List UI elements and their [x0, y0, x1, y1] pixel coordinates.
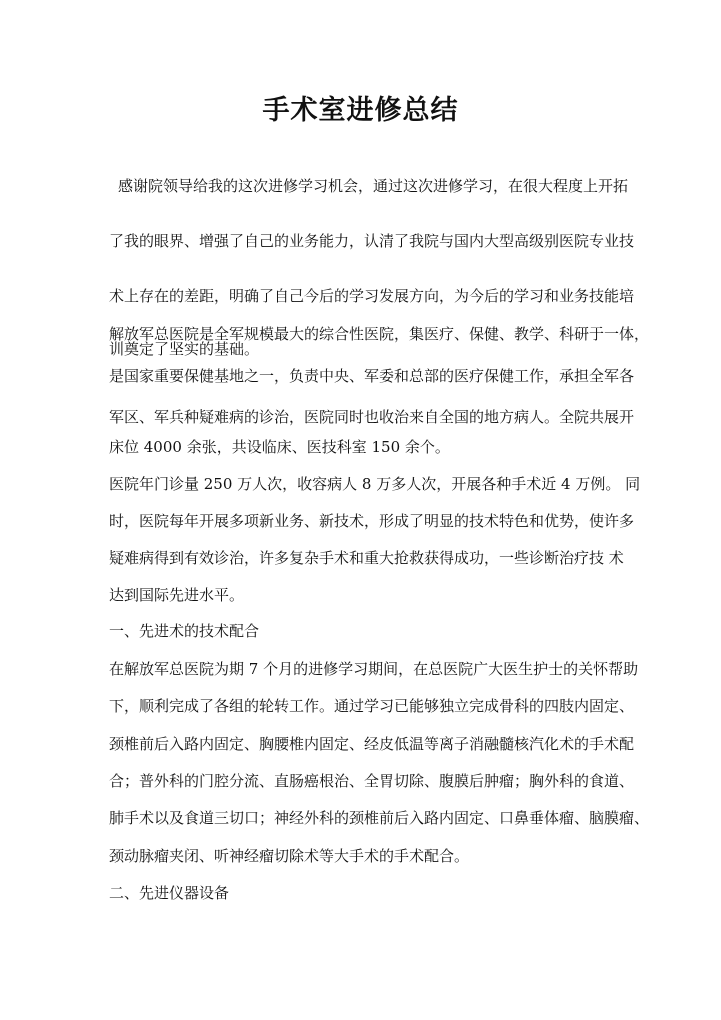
section-heading-2: 二、先进仪器设备 [109, 883, 615, 903]
document-title: 手术室进修总结 [0, 88, 721, 127]
paragraph-line: 时，医院每年开展多项新业务、新技术，形成了明显的技术特色和优势，使许多 [109, 511, 615, 531]
paragraph-line: 肺手术以及食道三切口；神经外科的颈椎前后入路内固定、口鼻垂体瘤、脑膜瘤、 [109, 808, 615, 828]
paragraph-line: 术上存在的差距，明确了自己今后的学习发展方向，为今后的学习和业务技能培 [109, 286, 615, 306]
paragraph-line: 床位 4000 余张，共设临床、医技科室 150 余个。 [109, 437, 615, 457]
paragraph-line: 感谢院领导给我的这次进修学习机会，通过这次进修学习，在很大程度上开拓 [118, 176, 615, 196]
paragraph-line: 在解放军总医院为期 7 个月的进修学习期间，在总医院广大医生护士的关怀帮助 [109, 659, 615, 679]
paragraph-line: 解放军总医院是全军规模最大的综合性医院，集医疗、保健、教学、科研于一体， [109, 324, 615, 344]
paragraph-line: 了我的眼界、增强了自己的业务能力，认清了我院与国内大型高级别医院专业技 [109, 231, 615, 251]
paragraph-line: 合；普外科的门腔分流、直肠癌根治、全胃切除、腹膜后肿瘤；胸外科的食道、 [109, 771, 615, 791]
paragraph-line: 颈动脉瘤夹闭、听神经瘤切除术等大手术的手术配合。 [109, 846, 615, 866]
paragraph-line: 军区、军兵种疑难病的诊治，医院同时也收治来自全国的地方病人。全院共展开 [109, 407, 615, 427]
section-heading-1: 一、先进术的技术配合 [109, 621, 615, 641]
paragraph-line: 医院年门诊量 250 万人次，收容病人 8 万多人次，开展各种手术近 4 万例。… [109, 474, 615, 494]
paragraph-line: 达到国际先进水平。 [109, 585, 615, 605]
paragraph-line: 疑难病得到有效诊治，许多复杂手术和重大抢救获得成功，一些诊断治疗技 术 [109, 548, 615, 568]
paragraph-line: 是国家重要保健基地之一，负责中央、军委和总部的医疗保健工作，承担全军各 [109, 366, 615, 386]
paragraph-line: 下，顺利完成了各组的轮转工作。通过学习已能够独立完成骨科的四肢内固定、 [109, 696, 615, 716]
paragraph-line: 颈椎前后入路内固定、胸腰椎内固定、经皮低温等离子消融髓核汽化术的手术配 [109, 734, 615, 754]
